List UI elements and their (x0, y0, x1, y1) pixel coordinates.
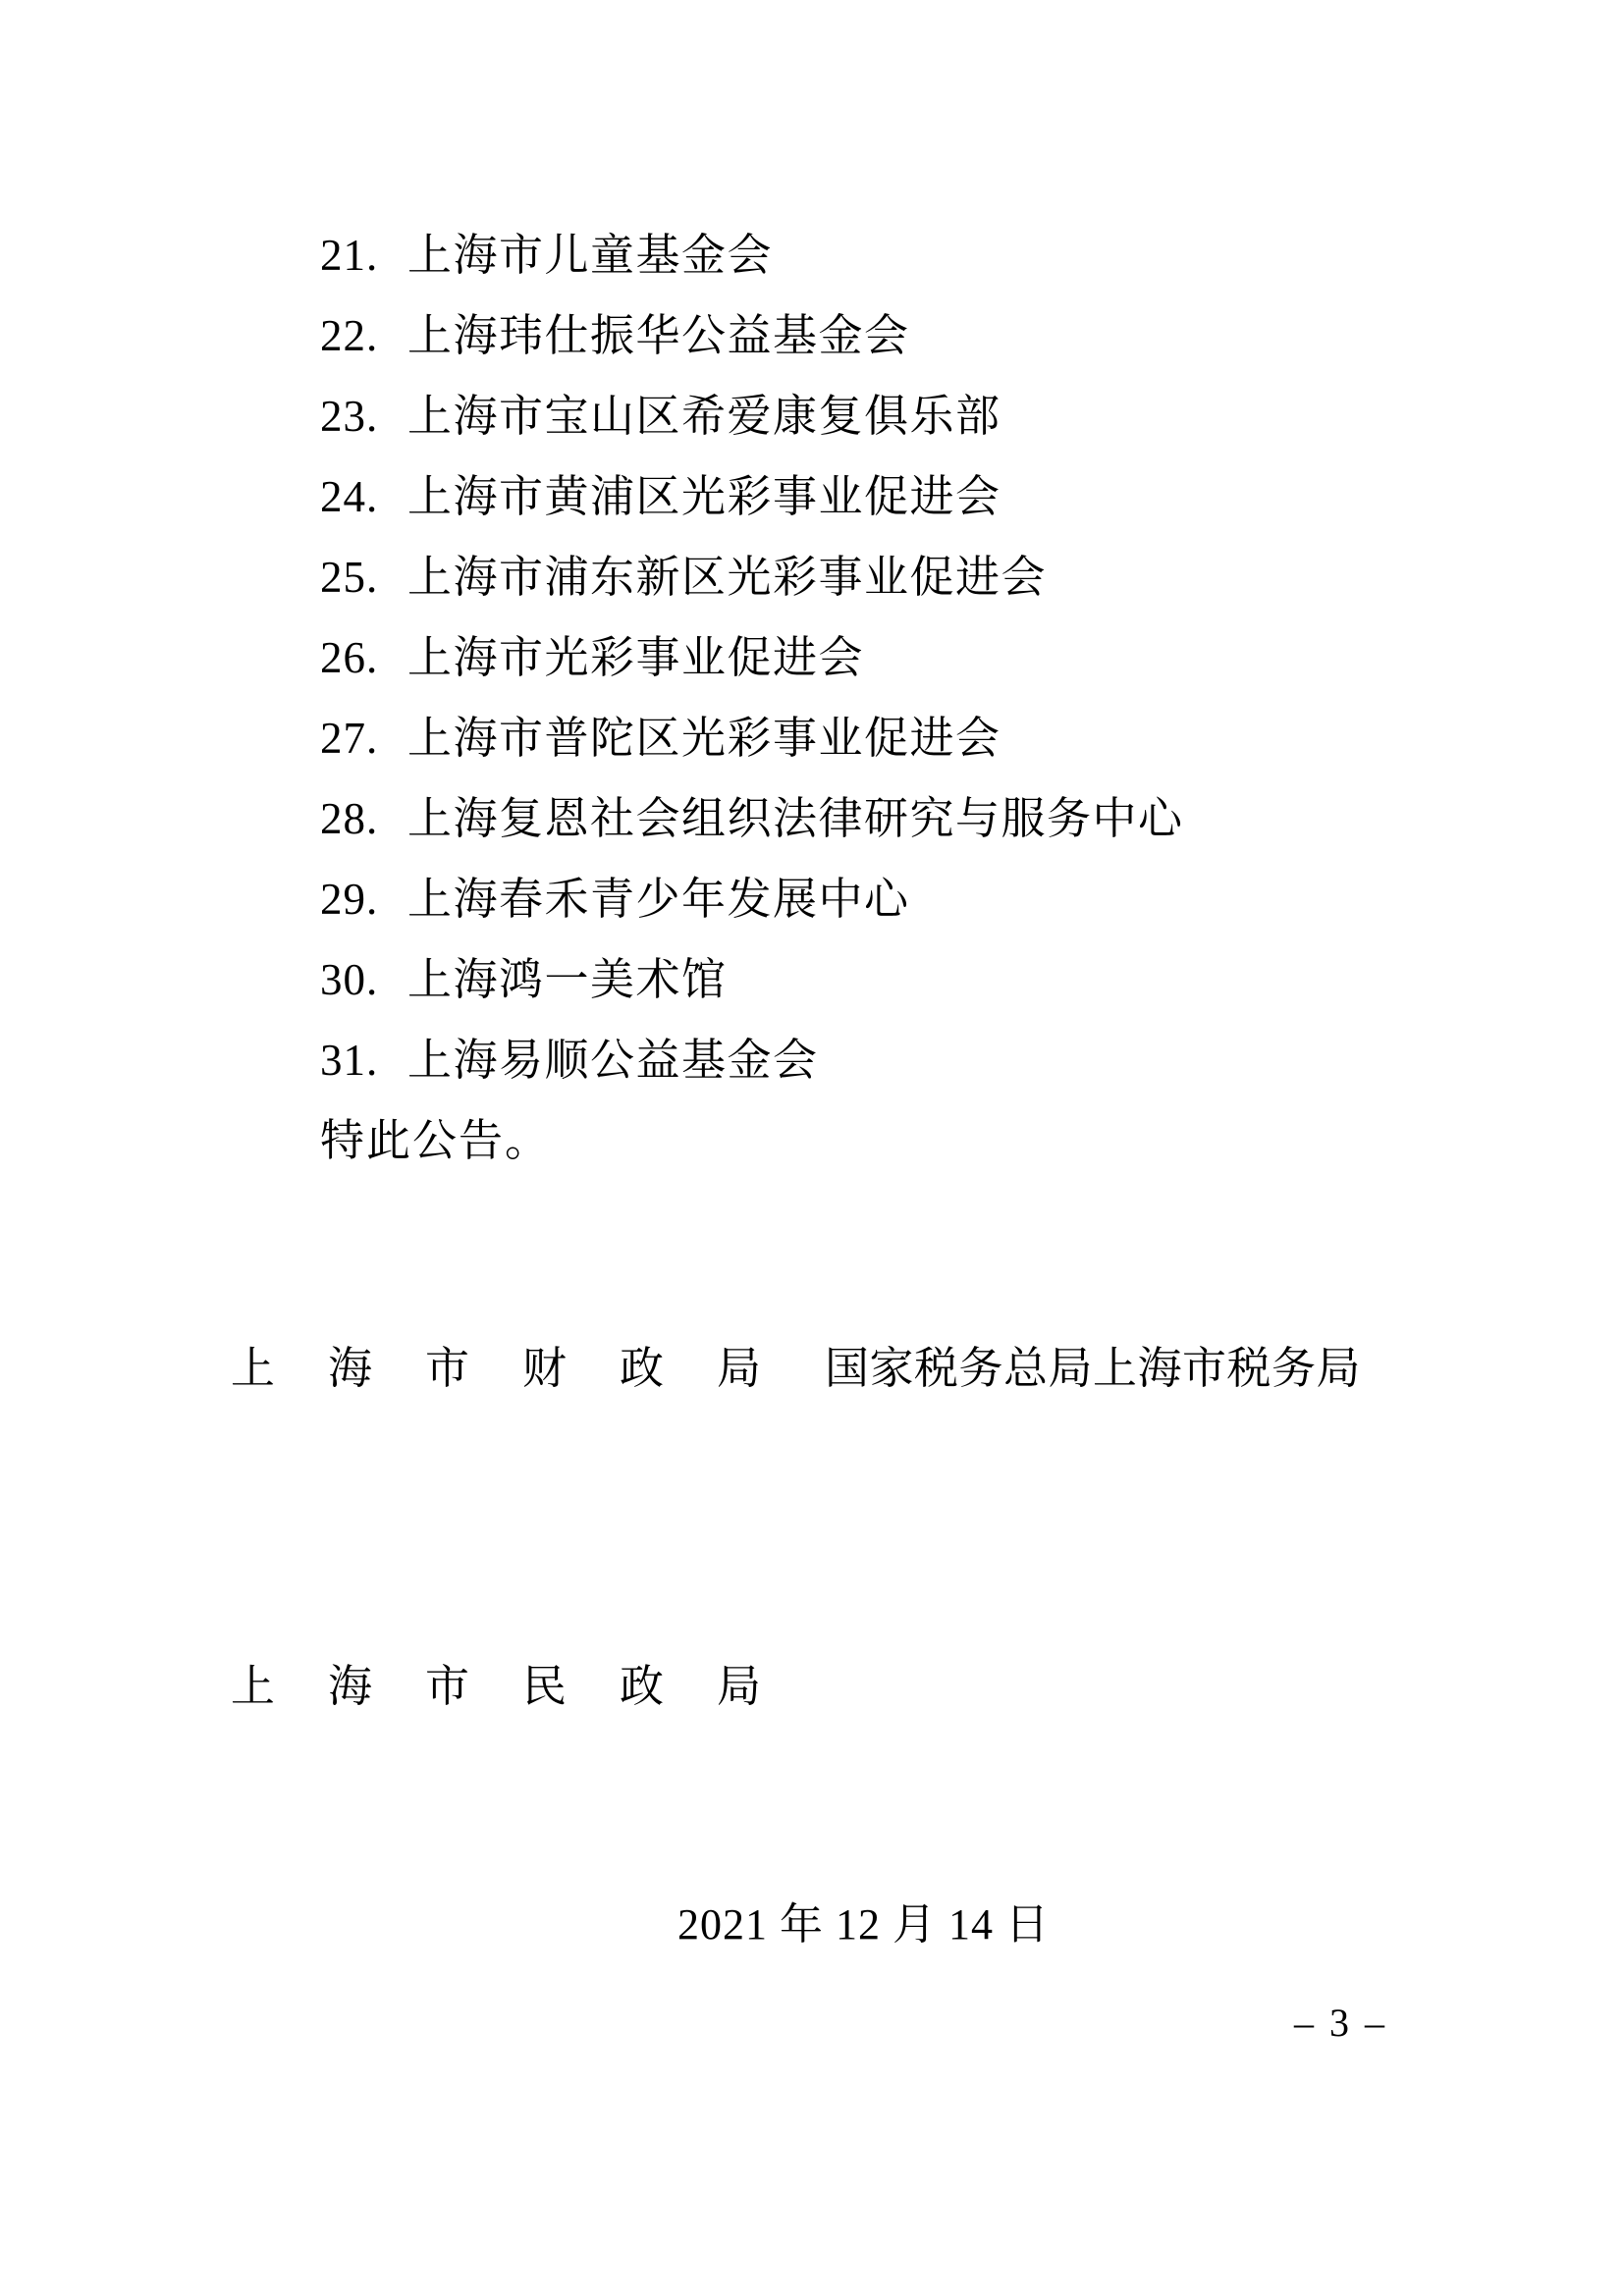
list-item-text: 上海玮仕振华公益基金会 (407, 311, 910, 360)
list-item-text: 上海市浦东新区光彩事业促进会 (407, 553, 1047, 602)
list-item-text: 上海市光彩事业促进会 (407, 633, 864, 682)
list-item: 26.上海市光彩事业促进会 (320, 617, 1184, 698)
list-item-text: 上海市黄浦区光彩事业促进会 (407, 472, 1001, 521)
list-item: 28.上海复恩社会组织法律研究与服务中心 (320, 778, 1184, 859)
list-item-text: 上海鸿一美术馆 (407, 955, 728, 1004)
list-item: 27.上海市普陀区光彩事业促进会 (320, 698, 1184, 778)
organization-list: 21.上海市儿童基金会 22.上海玮仕振华公益基金会 23.上海市宝山区希爱康复… (320, 215, 1184, 1181)
list-item: 22.上海玮仕振华公益基金会 (320, 295, 1184, 376)
list-item-number: 24. (320, 456, 407, 537)
list-item: 30.上海鸿一美术馆 (320, 939, 1184, 1020)
list-item: 29.上海春禾青少年发展中心 (320, 859, 1184, 939)
page-number: – 3 – (1294, 2002, 1387, 2044)
list-item: 23.上海市宝山区希爱康复俱乐部 (320, 376, 1184, 456)
list-item-text: 上海市宝山区希爱康复俱乐部 (407, 392, 1001, 441)
list-item-text: 上海春禾青少年发展中心 (407, 875, 910, 924)
list-item-text: 上海易顺公益基金会 (407, 1036, 819, 1085)
closing-statement: 特此公告。 (320, 1100, 1184, 1181)
list-item-text: 上海市儿童基金会 (407, 231, 773, 280)
list-item-number: 28. (320, 778, 407, 859)
signature-finance-bureau: 上海市财政局 (231, 1346, 814, 1392)
list-item-text: 上海市普陀区光彩事业促进会 (407, 714, 1001, 763)
list-item: 24.上海市黄浦区光彩事业促进会 (320, 456, 1184, 537)
list-item-number: 29. (320, 859, 407, 939)
signature-civil-affairs-bureau: 上海市民政局 (231, 1664, 814, 1710)
list-item-number: 22. (320, 295, 407, 376)
list-item: 25.上海市浦东新区光彩事业促进会 (320, 537, 1184, 617)
list-item-number: 27. (320, 698, 407, 778)
list-item-number: 25. (320, 537, 407, 617)
list-item-text: 上海复恩社会组织法律研究与服务中心 (407, 794, 1184, 843)
document-page: 21.上海市儿童基金会 22.上海玮仕振华公益基金会 23.上海市宝山区希爱康复… (0, 0, 1623, 2296)
list-item-number: 21. (320, 215, 407, 295)
signature-tax-bureau: 国家税务总局上海市税务局 (825, 1346, 1361, 1392)
list-item-number: 26. (320, 617, 407, 698)
list-item-number: 23. (320, 376, 407, 456)
list-item: 31.上海易顺公益基金会 (320, 1020, 1184, 1100)
document-date: 2021 年 12 月 14 日 (677, 1902, 1050, 1948)
list-item-number: 30. (320, 939, 407, 1020)
list-item: 21.上海市儿童基金会 (320, 215, 1184, 295)
list-item-number: 31. (320, 1020, 407, 1100)
